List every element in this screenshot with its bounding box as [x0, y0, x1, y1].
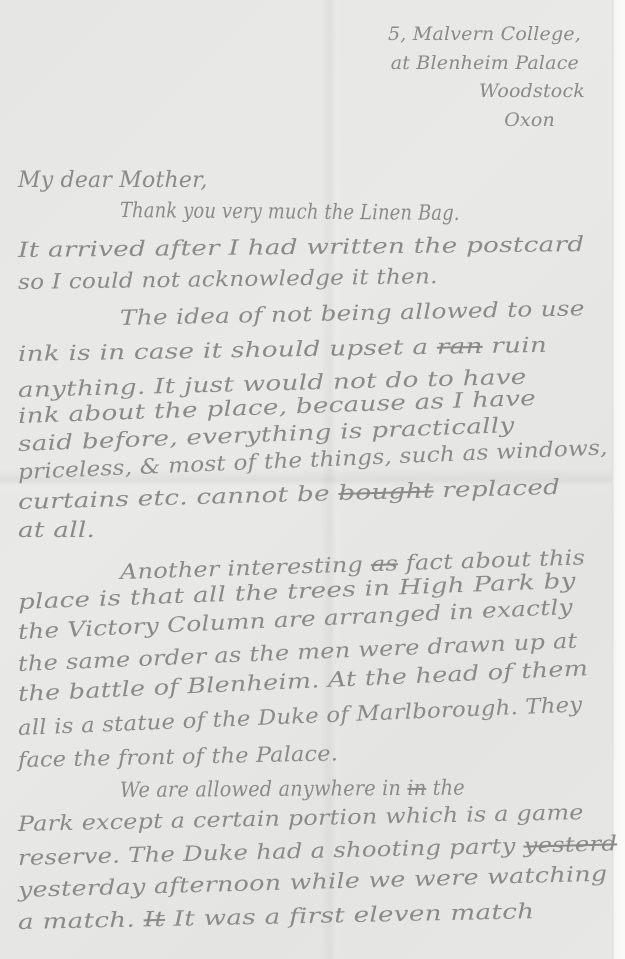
letter-line: Thank you very much the Linen Bag.	[120, 198, 460, 225]
sender-address: 5, Malvern College, at Blenheim Palace W…	[392, 20, 585, 134]
line-text: a match.	[18, 907, 144, 934]
line-text: We are allowed anywhere in	[120, 776, 408, 802]
line-text: ruin	[482, 333, 547, 358]
address-line: at Blenheim Palace	[386, 49, 579, 78]
struck-word: as	[370, 551, 398, 576]
struck-word: yesterd	[523, 831, 617, 857]
address-line: Woodstock	[392, 77, 585, 106]
line-text: at all.	[18, 518, 95, 542]
address-line: 5, Malvern College,	[388, 20, 581, 49]
address-line: Oxon	[362, 106, 555, 135]
letter-line: at all.	[18, 518, 95, 542]
salutation: My dear Mother,	[18, 168, 208, 193]
struck-word: It	[143, 907, 165, 931]
letter-line: We are allowed anywhere in in the	[120, 776, 465, 802]
line-text: the	[426, 776, 465, 800]
struck-word: ran	[437, 334, 483, 359]
struck-word: bought	[338, 478, 434, 505]
scan-edge	[612, 0, 625, 959]
line-text: replaced	[433, 475, 560, 503]
line-text: Thank you very much the Linen Bag.	[120, 198, 460, 225]
struck-word: in	[407, 776, 426, 800]
